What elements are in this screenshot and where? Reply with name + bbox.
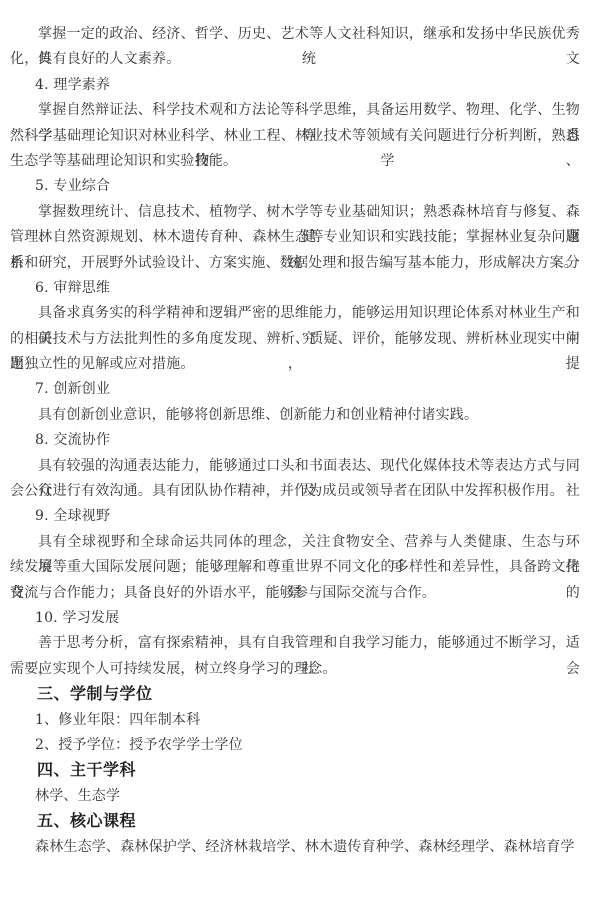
paragraph-line: 具备求真务实的科学精神和逻辑严密的思维能力，能够运用知识理论体系对林业生产和研究…	[10, 301, 580, 326]
paragraph-line: 续发展等重大国际发展问题；能够理解和尊重世界不同文化的多样性和差异性，具备跨文化…	[10, 555, 580, 580]
sub-heading: 6. 审辩思维	[10, 276, 580, 301]
sub-heading: 9. 全球视野	[10, 504, 580, 529]
sub-heading: 5. 专业综合	[10, 174, 580, 199]
sub-heading: 4. 理学素养	[10, 73, 580, 98]
list-item: 1、修业年限：四年制本科	[10, 708, 580, 733]
paragraph-line: 具有较强的沟通表达能力，能够通过口头和书面表达、现代化媒体技术等表达方式与同行及…	[10, 454, 580, 479]
paragraph-line: 具有全球视野和全球命运共同体的理念，关注食物安全、营养与人类健康、生态与环境、可…	[10, 530, 580, 555]
paragraph-line: 具有创新创业意识，能够将创新思维、创新能力和创业精神付诸实践。	[10, 403, 580, 428]
paragraph-line: 善于思考分析，富有探索精神，具有自我管理和自我学习能力，能够通过不断学习，适应社…	[10, 631, 580, 656]
plain: 森林生态学、森林保护学、经济林栽培学、林木遗传育种学、森林经理学、森林培育学	[10, 835, 580, 860]
bold-heading: 四、主干学科	[10, 758, 580, 783]
paragraph-line: 析和研究，开展野外试验设计、方案实施、数据处理和报告编写基本能力，形成解决方案。	[10, 251, 580, 276]
paragraph-line: 管理、自然资源规划、林木遗传育种、森林生态等专业知识和实践技能；掌握林业复杂问题…	[10, 225, 580, 250]
paragraph-line: 掌握自然辩证法、科学技术观和方法论等科学思维，具备运用数学、物理、化学、生物学等…	[10, 98, 580, 123]
paragraph-line: 的相关技术与方法批判性的多角度发现、辨析、质疑、评价，能够发现、辨析林业现实中问…	[10, 327, 580, 352]
bold-heading: 五、核心课程	[10, 809, 580, 834]
paragraph-line: 掌握一定的政治、经济、哲学、历史、艺术等人文社科知识，继承和发扬中华民族优秀传统…	[10, 22, 580, 47]
document-page: 掌握一定的政治、经济、哲学、历史、艺术等人文社科知识，继承和发扬中华民族优秀传统…	[0, 0, 610, 922]
sub-heading: 8. 交流协作	[10, 428, 580, 453]
paragraph-line: 然科学基础理论知识对林业科学、林业工程、林业技术等领域有关问题进行分析判断，熟悉…	[10, 124, 580, 149]
sub-heading: 7. 创新创业	[10, 377, 580, 402]
list-item: 2、授予学位：授予农学学士学位	[10, 733, 580, 758]
document-body: 掌握一定的政治、经济、哲学、历史、艺术等人文社科知识，继承和发扬中华民族优秀传统…	[10, 22, 580, 860]
sub-heading: 10. 学习发展	[10, 606, 580, 631]
paragraph-line: 会公众进行有效沟通。具有团队协作精神，并作为成员或领导者在团队中发挥积极作用。	[10, 479, 580, 504]
plain: 林学、生态学	[10, 784, 580, 809]
paragraph-line: 掌握数理统计、信息技术、植物学、树木学等专业基础知识；熟悉森林培育与修复、森林健…	[10, 200, 580, 225]
bold-heading: 三、学制与学位	[10, 682, 580, 707]
